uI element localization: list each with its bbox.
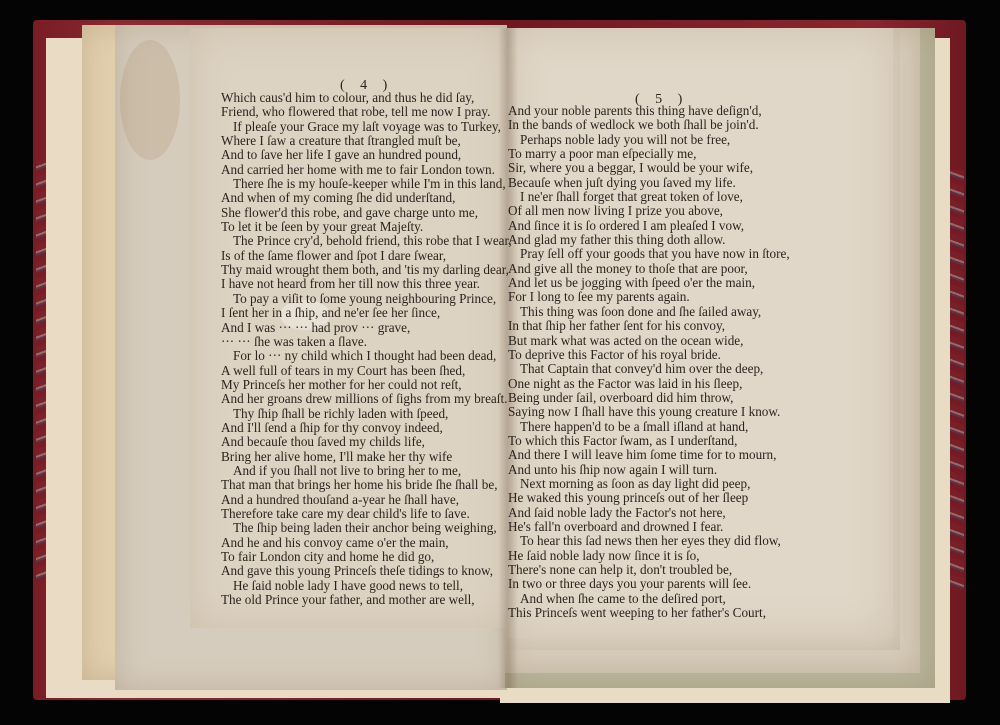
verse-line: To pay a viſit to ſome young neighbourin… [221, 292, 512, 306]
verse-line: She flower'd this robe, and gave charge … [221, 206, 512, 220]
verse-line: Is of the ſame flower and ſpot I dare ſw… [221, 249, 512, 263]
verse-line: There ſhe is my houſe-keeper while I'm i… [221, 177, 512, 191]
marbled-cover-edge-right [950, 170, 964, 590]
verse-line: For I long to ſee my parents again. [508, 290, 790, 304]
verse-line: And let us be jogging with ſpeed o'er th… [508, 276, 790, 290]
verse-line: And give all the money to thoſe that are… [508, 262, 790, 276]
verse-line: I ne'er ſhall forget that great token of… [508, 190, 790, 204]
verse-line: To deprive this Factor of his royal brid… [508, 348, 790, 362]
left-page-text: Which caus'd him to colour, and thus he … [221, 91, 512, 607]
verse-line: And ſince it is ſo ordered I am pleaſed … [508, 219, 790, 233]
verse-line: And I'll ſend a ſhip for thy convoy inde… [221, 421, 512, 435]
verse-line: This thing was ſoon done and ſhe ſailed … [508, 305, 790, 319]
verse-line: There's none can help it, don't troubled… [508, 563, 790, 577]
verse-line: To let it be ſeen by your great Majeſty. [221, 220, 512, 234]
verse-line: He waked this young princeſs out of her … [508, 491, 790, 505]
verse-line: In that ſhip her father ſent for his con… [508, 319, 790, 333]
verse-line: And when ſhe came to the deſired port, [508, 592, 790, 606]
verse-line: Perhaps noble lady you will not be free, [508, 133, 790, 147]
verse-line: To which this Factor ſwam, as I underſta… [508, 434, 790, 448]
verse-line: And her groans drew millions of ſighs fr… [221, 392, 512, 406]
verse-line: I have not heard from her till now this … [221, 277, 512, 291]
verse-line: To fair London city and home he did go, [221, 550, 512, 564]
verse-line: Pray ſell off your goods that you have n… [508, 247, 790, 261]
verse-line: Of all men now living I prize you above, [508, 204, 790, 218]
verse-line: And glad my father this thing doth allow… [508, 233, 790, 247]
verse-line: And a hundred thouſand a-year he ſhall h… [221, 493, 512, 507]
verse-line: Where I ſaw a creature that ſtrangled mu… [221, 134, 512, 148]
verse-line: He ſaid noble lady now ſince it is ſo, [508, 549, 790, 563]
verse-line: In two or three days you your parents wi… [508, 577, 790, 591]
verse-line: To marry a poor man eſpecially me, [508, 147, 790, 161]
verse-line: Becauſe when juſt dying you ſaved my lif… [508, 176, 790, 190]
verse-line: ··· ··· ſhe was taken a ſlave. [221, 335, 512, 349]
verse-line: And he and his convoy came o'er the main… [221, 536, 512, 550]
verse-line: In the bands of wedlock we both ſhall be… [508, 118, 790, 132]
verse-line: But mark what was acted on the ocean wid… [508, 334, 790, 348]
verse-line: Next morning as ſoon as day light did pe… [508, 477, 790, 491]
verse-line: The old Prince your father, and mother a… [221, 593, 512, 607]
verse-line: Thy maid wrought them both, and 'tis my … [221, 263, 512, 277]
verse-line: And carried her home with me to fair Lon… [221, 163, 512, 177]
paper-stain [120, 40, 180, 160]
verse-line: The Prince cry'd, behold friend, this ro… [221, 234, 512, 248]
verse-line: Sir, where you a beggar, I would be your… [508, 161, 790, 175]
verse-line: For lo ··· ny child which I thought had … [221, 349, 512, 363]
verse-line: And if you ſhall not live to bring her t… [221, 464, 512, 478]
verse-line: There happen'd to be a ſmall iſland at h… [508, 420, 790, 434]
verse-line: And there I will leave him ſome time for… [508, 448, 790, 462]
verse-line: Thy ſhip ſhall be richly laden with ſpee… [221, 407, 512, 421]
verse-line: My Princeſs her mother for her could not… [221, 378, 512, 392]
verse-line: And ſaid noble lady the Factor's not her… [508, 506, 790, 520]
verse-line: That Captain that convey'd him over the … [508, 362, 790, 376]
verse-line: The ſhip being laden their anchor being … [221, 521, 512, 535]
verse-line: To hear this ſad news then her eyes they… [508, 534, 790, 548]
verse-line: Which caus'd him to colour, and thus he … [221, 91, 512, 105]
verse-line: And when of my coming ſhe did underſtand… [221, 191, 512, 205]
verse-line: Therefore take care my dear child's life… [221, 507, 512, 521]
verse-line: And your noble parents this thing have d… [508, 104, 790, 118]
verse-line: And to ſave her life I gave an hundred p… [221, 148, 512, 162]
verse-line: And becauſe thou ſaved my childs life, [221, 435, 512, 449]
verse-line: And gave this young Princeſs theſe tidin… [221, 564, 512, 578]
verse-line: If pleaſe your Grace my laſt voyage was … [221, 120, 512, 134]
verse-line: I ſent her in a ſhip, and ne'er ſee her … [221, 306, 512, 320]
verse-line: This Princeſs went weeping to her father… [508, 606, 790, 620]
verse-line: That man that brings her home his bride … [221, 478, 512, 492]
verse-line: One night as the Factor was laid in his … [508, 377, 790, 391]
verse-line: Saying now I ſhall have this young creat… [508, 405, 790, 419]
verse-line: Bring her alive home, I'll make her thy … [221, 450, 512, 464]
right-page-text: And your noble parents this thing have d… [508, 104, 790, 620]
verse-line: He's fall'n overboard and drowned I fear… [508, 520, 790, 534]
verse-line: And I was ··· ··· had prov ··· grave, [221, 321, 512, 335]
verse-line: A well full of tears in my Court has bee… [221, 364, 512, 378]
verse-line: Friend, who flowered that robe, tell me … [221, 105, 512, 119]
verse-line: Being under ſail, overboard did him thro… [508, 391, 790, 405]
verse-line: He ſaid noble lady I have good news to t… [221, 579, 512, 593]
verse-line: And unto his ſhip now again I will turn. [508, 463, 790, 477]
